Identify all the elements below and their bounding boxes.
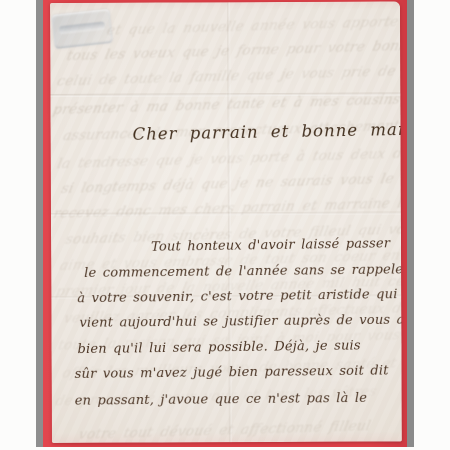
embossed-stamp: [51, 9, 112, 49]
ghost-writing-line: tous les voeux que je forme pour votre b…: [65, 36, 402, 64]
body-line: en passant, j'avoue que ce n'est pas là …: [75, 391, 368, 409]
body-line: bien qu'il lui sera possible. Déjà, je s…: [77, 338, 360, 357]
body-line: sûr vous m'avez jugé bien paresseux soit…: [75, 363, 389, 382]
body-line: vient aujourd'hui se justifier auprès de…: [79, 312, 402, 330]
ghost-writing-line: si longtemps déjà que je ne saurais vous…: [60, 170, 402, 197]
right-shadow-strip: [407, 0, 414, 447]
letter-photo: et que la nouvelle année vous apporte av…: [0, 0, 450, 450]
red-backing-card: et que la nouvelle année vous apporte av…: [43, 0, 407, 447]
left-shadow-strip: [36, 0, 43, 447]
salutation-line: Cher parrain et bonne marraine: [132, 119, 402, 144]
ghost-writing-line: et que la nouvelle année vous apporte av…: [105, 11, 402, 38]
ghost-writing-line: votre tout dévoué et affectionné filleul: [77, 418, 372, 443]
letter-paper: et que la nouvelle année vous apporte av…: [50, 1, 402, 443]
